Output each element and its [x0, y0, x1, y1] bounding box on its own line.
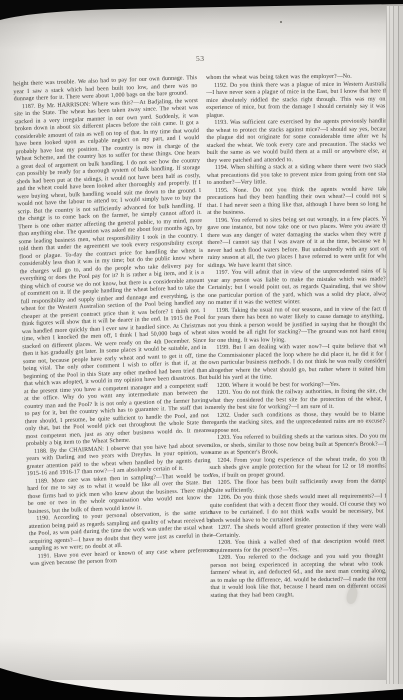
- paragraph: 1195. None. Do not you think the agents …: [207, 186, 391, 218]
- paragraph: 1204. From your long experience of the w…: [209, 456, 393, 480]
- right-column: whom the wheat was being taken was the e…: [206, 73, 395, 600]
- book-photo: 53 height there was trouble. We also had…: [0, 0, 403, 700]
- paragraph: 1190. According to your personal observa…: [28, 510, 213, 554]
- left-column: height there was trouble. We also had to…: [13, 75, 215, 606]
- paragraph: 1194. When shifting a stack at a siding …: [207, 163, 391, 187]
- paragraph: 1206. Do you think those sheds would mee…: [210, 493, 394, 525]
- paragraph: 1198. Taking the usual run of our season…: [208, 306, 392, 345]
- paragraph: 1199. But I am dealing with water now?—I…: [208, 343, 392, 382]
- page-number: 53: [196, 54, 205, 63]
- photo-black-top-band: [0, 0, 403, 26]
- paragraph: 1193. Was sufficient care exercised by t…: [206, 118, 390, 165]
- paragraph: 1201. You do not think the railway autho…: [209, 388, 393, 412]
- paragraph: 1202. Under such conditions as those, th…: [209, 411, 393, 435]
- paragraph: 1189. More care was taken then in sampli…: [27, 472, 212, 516]
- paragraph: 1192. Do you think there was a plague of…: [206, 81, 390, 120]
- paragraph: 1196. You referred to sites being set ou…: [207, 216, 391, 270]
- text-columns: height there was trouble. We also had to…: [13, 75, 391, 600]
- paragraph: 1208. You think a walled shed of that de…: [210, 538, 394, 555]
- photo-black-bottom-band: [0, 664, 403, 700]
- paragraph: 1197. You will admit that in view of the…: [208, 268, 392, 307]
- paragraph: 1209. You referred to the dockage and yo…: [210, 553, 394, 600]
- paragraph: 1205. The floor has been built sufficien…: [210, 478, 394, 495]
- paragraph: 1203. You referred to building sheds at …: [209, 433, 393, 457]
- paragraph: 1187. By Mr. HARRISON: Where was this?—A…: [14, 97, 210, 448]
- book-page: 53 height there was trouble. We also had…: [0, 2, 403, 698]
- book-fore-edge-pages: [386, 6, 403, 684]
- paragraph: 1207. The sheds would afford greater pro…: [210, 523, 394, 540]
